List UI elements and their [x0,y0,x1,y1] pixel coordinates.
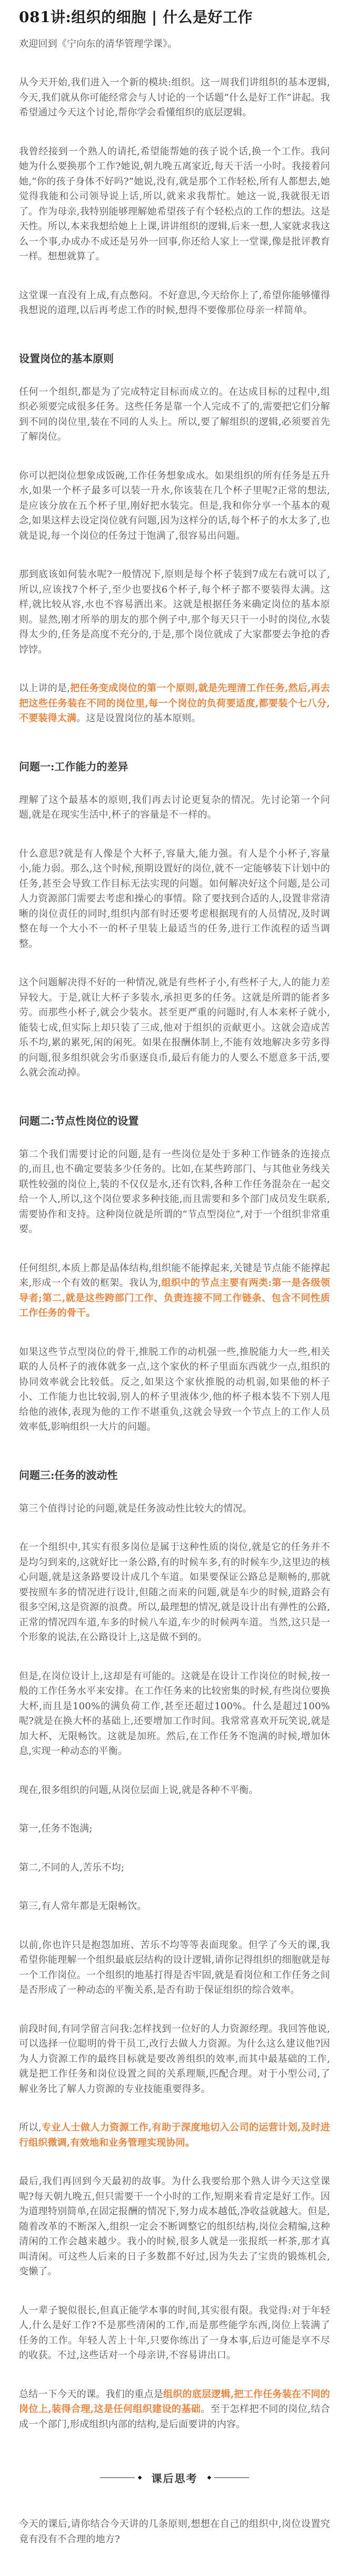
text-run: 这堂课一直没有上成,有点憋闷。不好意思,今天给你上了,希望你能够懂得我想说的道理… [19,290,330,316]
text-run: 但是,在岗位设计上,这却是有可能的。这就是在设计工作岗位的时候,按一般的工作任务… [19,1671,330,1757]
paragraph: 从今天开始,我们进入一个新的模块:组织。这一周我们讲组织的基本逻辑,今天,我们就… [19,75,330,121]
paragraph: 总结一下今天的课。我们的重点是组织的底层逻辑,把工作任务装在不同的岗位上,装得合… [19,2387,330,2433]
paragraph: 你可以把岗位想象成饭碗,工作任务想象成水。如果组织的所有任务是五升水,如果一个杯… [19,469,330,544]
paragraph: 前段时间,有同学留言问我:怎样找到一位好的人力资源经理。我回答他说,可以选择一位… [19,2022,330,2097]
text-run: 在一个组织中,其实有很多岗位是属于这种性质的岗位,就是它的任务并不是均匀到来的,… [19,1542,330,1643]
text-run: 总结一下今天的课。我们的重点是 [19,2389,163,2400]
text-run: 第三,有人常年都是无限畅饮。 [19,1901,147,1912]
paragraph: 如果这些节点型岗位的骨干,推脱工作的动机强一些,推脱能力大一些,相关联的人员杯子… [19,1345,330,1435]
text-run: 从今天开始,我们进入一个新的模块:组织。这一周我们讲组织的基本逻辑,今天,我们就… [19,77,330,118]
text-run: 第二,不同的人,苦乐不均; [19,1862,124,1873]
text-run: 以上讲的是, [19,683,70,694]
paragraph: 任何组织,本质上都是晶体结构,组织能不能撑起来,关键是节点能不能撑起来,形成一个… [19,1261,330,1321]
paragraph: 第二,不同的人,苦乐不均; [19,1861,330,1876]
text-run: 欢迎回到《宁向东的清华管理学课》。 [19,38,177,50]
text-run: 第三个值得讨论的问题,就是任务波动性比较大的情况。 [19,1503,252,1514]
article-body: 欢迎回到《宁向东的清华管理学课》。从今天开始,我们进入一个新的模块:组织。这一周… [19,37,330,2548]
paragraph: 第二个我们需要讨论的问题,是有一些岗位是处于多种工作链条的连接点的,而且,也不确… [19,1147,330,1237]
text-run: 如果这些节点型岗位的骨干,推脱工作的动机强一些,推脱能力大一些,相关联的人员杯子… [19,1347,330,1433]
paragraph: 我曾经接到一个熟人的请托,希望能帮她的孩子说个话,换一个工作。我问她为什么要换那… [19,144,330,265]
text-run: 。这是设置岗位的基本原则。 [76,713,201,724]
paragraph: 欢迎回到《宁向东的清华管理学课》。 [19,37,330,52]
paragraph: 但是,在岗位设计上,这却是有可能的。这就是在设计工作岗位的时候,按一般的工作任务… [19,1669,330,1759]
paragraph: 最后,我们再回到今天最初的故事。为什么我要给那个熟人讲今天这堂课呢?每天朝九晚五… [19,2174,330,2280]
section-heading: 问题二:节点性岗位的设置 [19,1113,330,1128]
paragraph: 任何一个组织,都是为了完成特定目标而成立的。在达成目标的过程中,组织必须要完成很… [19,385,330,445]
divider-line [214,2477,249,2478]
paragraph: 现在,很多组织的问题,从岗位层面上说,就是各种不平衡。 [19,1783,330,1798]
text-run: 第一,任务不饱满; [19,1823,93,1834]
section-heading: 问题三:任务的波动性 [19,1468,330,1483]
article-title: 081讲:组织的细胞 | 什么是好工作 [19,7,330,27]
lecture-article: 081讲:组织的细胞 | 什么是好工作 欢迎回到《宁向东的清华管理学课》。从今天… [0,0,348,2576]
emphasis-text: 专业人士做人力资源工作,有助于深度地切入公司的运营计划,及时进行组织微调,有效地… [19,2122,330,2148]
diamond-icon: ◆ [207,2475,212,2481]
text-run: 以前,你也许只是抱怨加班、苦乐不均等等表面现象。但学了今天的课,我希望你能理解一… [19,1940,330,1996]
text-run: 现在,很多组织的问题,从岗位层面上说,就是各种不平衡。 [19,1785,258,1796]
paragraph: 以上讲的是,把任务变成岗位的第一个原则,就是先理清工作任务,然后,再去把这些任务… [19,681,330,727]
divider-label: 课后思考 [152,2470,198,2485]
paragraph: 这堂课一直没有上成,有点憋闷。不好意思,今天给你上了,希望你能够懂得我想说的道理… [19,288,330,318]
paragraph: 今天的课后,请你结合今天讲的几条原则,想想在自己的组织中,岗位设置究竟有没有不合… [19,2517,330,2547]
text-run: 你可以把岗位想象成饭碗,工作任务想象成水。如果组织的所有任务是五升水,如果一个杯… [19,470,330,541]
paragraph: 第三个值得讨论的问题,就是任务波动性比较大的情况。 [19,1502,330,1517]
section-heading: 设置岗位的基本原则 [19,351,330,366]
paragraph: 以前,你也许只是抱怨加班、苦乐不均等等表面现象。但学了今天的课,我希望你能理解一… [19,1938,330,1998]
divider-line [100,2477,135,2478]
paragraph: 理解了这个最基本的原则,我们再去讨论更复杂的情况。先讨论第一个问题,就是在现实生… [19,793,330,823]
text-run: 第二个我们需要讨论的问题,是有一些岗位是处于多种工作链条的连接点的,而且,也不确… [19,1149,330,1235]
text-run: 这个问题解决得不好的一种情况,就是有些杯子小,有些杯子大,人的能力差异较大。于是… [19,977,330,1078]
text-run: 那到底该如何装水呢?一般情况下,原则是每个杯子装到7成左右就可以了,所以,应该找… [19,569,330,655]
section-divider: ◆课后思考◆ [19,2470,330,2485]
paragraph: 所以,专业人士做人力资源工作,有助于深度地切入公司的运营计划,及时进行组织微调,… [19,2120,330,2151]
paragraph: 这个问题解决得不好的一种情况,就是有些杯子小,有些杯子大,人的能力差异较大。于是… [19,975,330,1081]
text-run: 我曾经接到一个熟人的请托,希望能帮她的孩子说个话,换一个工作。我问她为什么要换那… [19,146,330,263]
text-run: 前段时间,有同学留言问我:怎样找到一位好的人力资源经理。我回答他说,可以选择一位… [19,2023,330,2095]
text-run: 人一辈子貌似很长,但真正能学本事的时间,其实很有限。我觉得:对于年轻人,什么是好… [19,2305,330,2361]
paragraph: 在一个组织中,其实有很多岗位是属于这种性质的岗位,就是它的任务并不是均匀到来的,… [19,1540,330,1645]
paragraph: 什么意思?就是有人像是个大杯子,容量大,能力强。有人是个小杯子,容量小,能力弱。… [19,847,330,952]
section-heading: 问题一:工作能力的差异 [19,759,330,774]
text-run: 什么意思?就是有人像是个大杯子,容量大,能力强。有人是个小杯子,容量小,能力弱。… [19,848,330,950]
paragraph: 第一,任务不饱满; [19,1822,330,1837]
diamond-icon: ◆ [138,2475,142,2481]
text-run: 理解了这个最基本的原则,我们再去讨论更复杂的情况。先讨论第一个问题,就是在现实生… [19,795,330,821]
paragraph: 第三,有人常年都是无限畅饮。 [19,1899,330,1914]
paragraph: 人一辈子貌似很长,但真正能学本事的时间,其实很有限。我觉得:对于年轻人,什么是好… [19,2303,330,2364]
text-run: 最后,我们再回到今天最初的故事。为什么我要给那个熟人讲今天这堂课呢?每天朝九晚五… [19,2176,330,2277]
paragraph: 那到底该如何装水呢?一般情况下,原则是每个杯子装到7成左右就可以了,所以,应该找… [19,567,330,657]
text-run: 所以, [19,2122,42,2133]
text-run: 今天的课后,请你结合今天讲的几条原则,想想在自己的组织中,岗位设置究竟有没有不合… [19,2519,330,2545]
text-run: 任何一个组织,都是为了完成特定目标而成立的。在达成目标的过程中,组织必须要完成很… [19,386,330,443]
